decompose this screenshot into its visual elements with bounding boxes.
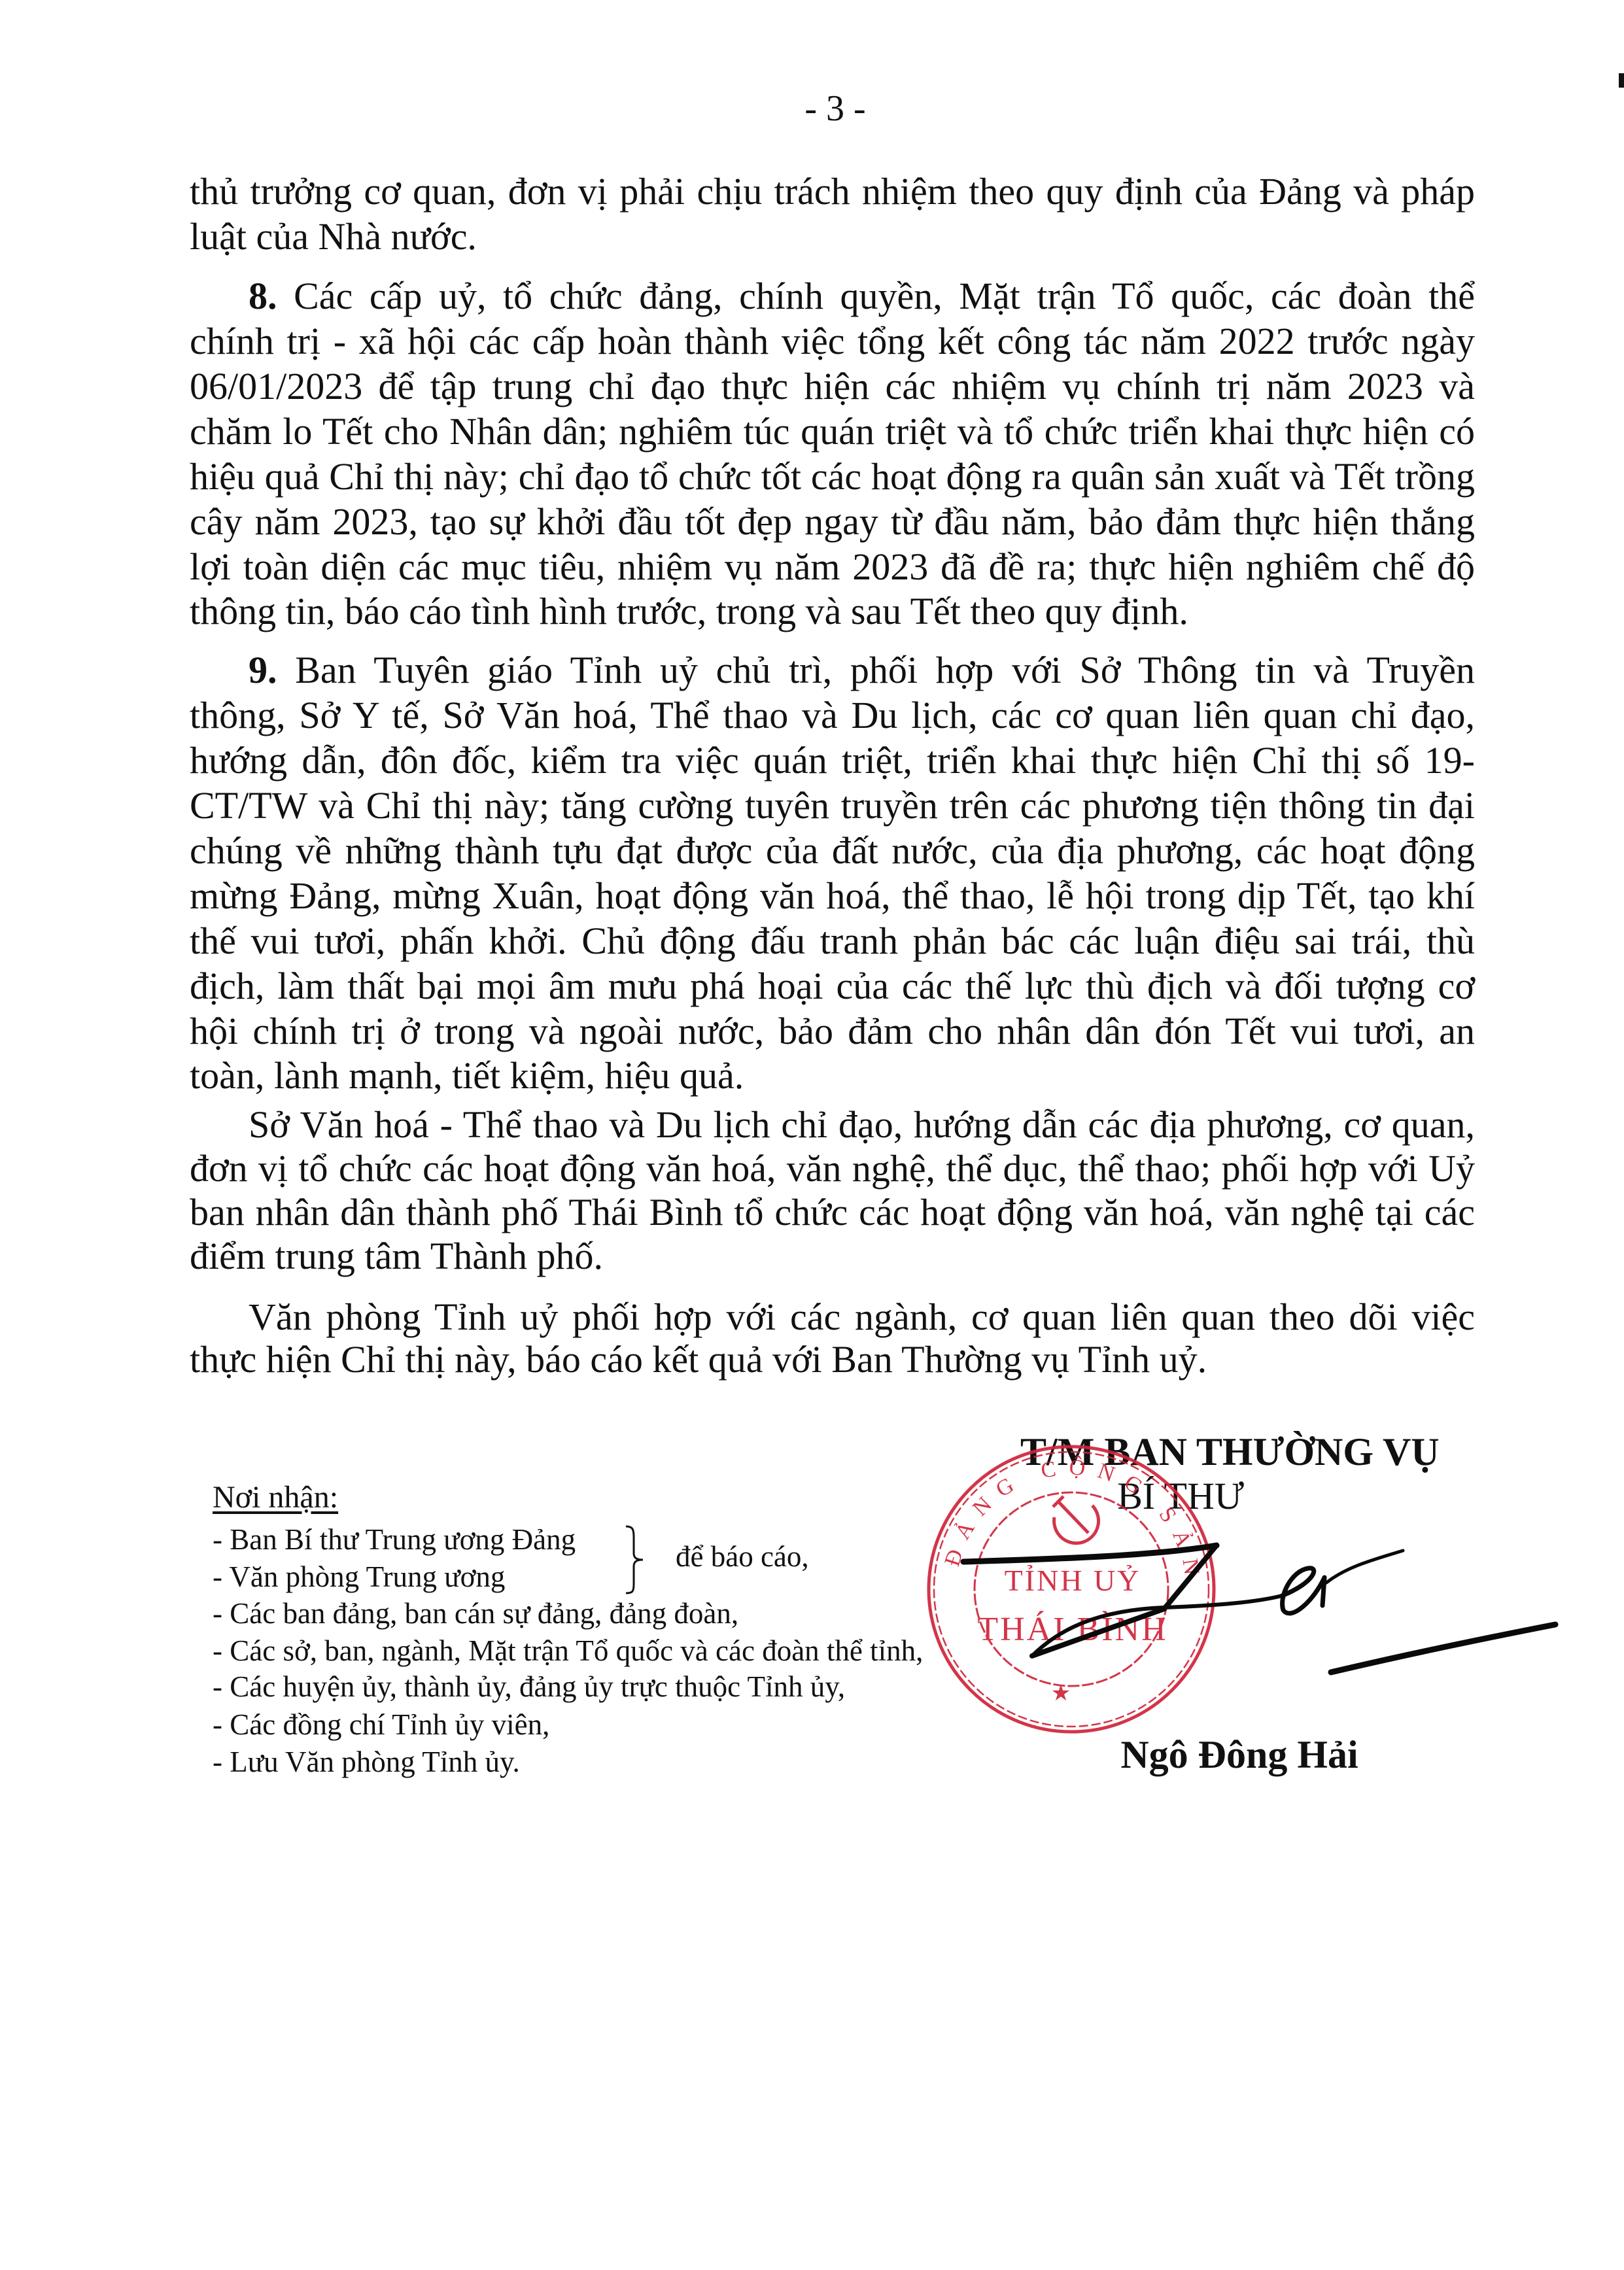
item-8-first-line: 8. Các cấp uỷ, tổ chức đảng, chính quyền… — [249, 273, 1475, 319]
body-line: hiệu quả Chỉ thị này; chỉ đạo tổ chức tố… — [190, 454, 1475, 500]
item-text: Các cấp uỷ, tổ chức đảng, chính quyền, M… — [294, 275, 1475, 317]
recipient-item: - Các huyện ủy, thành ủy, đảng ủy trực t… — [213, 1668, 845, 1705]
body-line: thủ trưởng cơ quan, đơn vị phải chịu trá… — [190, 169, 1475, 215]
signer-name: Ngô Đông Hải — [1105, 1732, 1373, 1778]
body-line: chúng về những thành tựu đạt được của đấ… — [190, 828, 1475, 874]
scan-edge-mark — [1619, 73, 1624, 88]
document-page: - 3 - thủ trưởng cơ quan, đơn vị phải ch… — [0, 0, 1624, 2270]
item-9-first-line: 9. Ban Tuyên giáo Tỉnh uỷ chủ trì, phối … — [249, 647, 1475, 693]
recipients-heading: Nơi nhận: — [213, 1479, 338, 1516]
recipient-item: - Lưu Văn phòng Tỉnh ủy. — [213, 1744, 520, 1780]
body-line: luật của Nhà nước. — [190, 214, 1475, 260]
body-line: đơn vị tổ chức các hoạt động văn hoá, vă… — [190, 1146, 1475, 1192]
body-line: thực hiện Chỉ thị này, báo cáo kết quả v… — [190, 1337, 1475, 1383]
body-line: thông, Sở Y tế, Sở Văn hoá, Thể thao và … — [190, 693, 1475, 738]
body-line: điểm trung tâm Thành phố. — [190, 1233, 1475, 1279]
page-number: - 3 - — [770, 88, 901, 129]
svg-text:TỈNH UỶ: TỈNH UỶ — [1005, 1564, 1141, 1597]
body-line: thế vui tươi, phấn khởi. Chủ động đấu tr… — [190, 918, 1475, 964]
brace-icon — [623, 1524, 647, 1596]
recipient-item: - Các sở, ban, ngành, Mặt trận Tổ quốc v… — [213, 1632, 923, 1669]
body-line: lợi toàn diện các mục tiêu, nhiệm vụ năm… — [190, 544, 1475, 590]
body-line: địch, làm thất bại mọi âm mưu phá hoại c… — [190, 963, 1475, 1009]
body-line: chính trị - xã hội các cấp hoàn thành vi… — [190, 318, 1475, 364]
body-line: mừng Đảng, mừng Xuân, hoạt động văn hoá,… — [190, 873, 1475, 919]
body-line: hội chính trị ở trong và ngoài nước, bảo… — [190, 1008, 1475, 1054]
recipients-group-note: để báo cáo, — [676, 1538, 809, 1575]
handwritten-signature — [963, 1545, 1555, 1672]
item-number: 9. — [249, 649, 277, 691]
signature-on-behalf: T/M BAN THƯỜNG VỤ — [1020, 1429, 1341, 1475]
svg-text:THÁI BÌNH: THÁI BÌNH — [977, 1610, 1167, 1648]
item-number: 8. — [249, 275, 277, 317]
signature-position: BÍ THƯ — [1033, 1475, 1328, 1518]
body-line: ban nhân dân thành phố Thái Bình tổ chức… — [190, 1190, 1475, 1235]
recipient-item: - Các đồng chí Tỉnh ủy viên, — [213, 1706, 549, 1743]
item-text: Ban Tuyên giáo Tỉnh uỷ chủ trì, phối hợp… — [295, 649, 1475, 691]
recipient-item: - Văn phòng Trung ương — [213, 1558, 505, 1595]
body-line: cây năm 2023, tạo sự khởi đầu tốt đẹp ng… — [190, 499, 1475, 545]
body-line: hướng dẫn, đôn đốc, kiểm tra việc quán t… — [190, 738, 1475, 783]
body-line: Sở Văn hoá - Thể thao và Du lịch chỉ đạo… — [249, 1102, 1475, 1148]
svg-text:★: ★ — [1051, 1681, 1071, 1706]
body-line: 06/01/2023 để tập trung chỉ đạo thực hiệ… — [190, 364, 1475, 409]
recipient-item: - Ban Bí thư Trung ương Đảng — [213, 1521, 576, 1558]
recipient-item: - Các ban đảng, ban cán sự đảng, đảng đo… — [213, 1595, 738, 1632]
body-line: chăm lo Tết cho Nhân dân; nghiêm túc quá… — [190, 409, 1475, 455]
body-line: Văn phòng Tỉnh uỷ phối hợp với các ngành… — [249, 1294, 1475, 1340]
body-line: CT/TW và Chỉ thị này; tăng cường tuyên t… — [190, 783, 1475, 829]
body-line: thông tin, báo cáo tình hình trước, tron… — [190, 589, 1475, 634]
body-line: toàn, lành mạnh, tiết kiệm, hiệu quả. — [190, 1053, 1475, 1099]
